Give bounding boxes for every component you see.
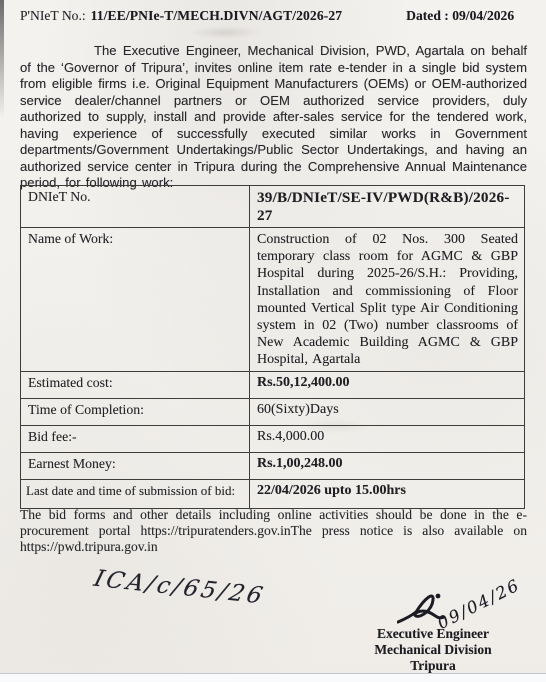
row-label: Name of Work: [21,228,250,372]
table-row-earnest-money: Earnest Money: Rs.1,00,248.00 [21,452,525,479]
signatory-designation: Executive Engineer Mechanical Division T… [363,626,503,675]
pniet-no-value: 11/EE/PNIe-T/MECH.DIVN/AGT/2026-27 [91,8,343,24]
pniet-no-label: P'NIeT No.: [20,8,86,24]
row-value: 22/04/2026 upto 15.00hrs [250,479,525,508]
row-value: 39/B/DNIeT/SE-IV/PWD(R&B)/2026-27 [250,186,525,228]
signature-block: 09/04/26 Executive Engineer Mechanical D… [355,582,535,674]
row-value: Construction of 02 Nos. 300 Seated tempo… [250,228,525,372]
footer-paragraph: The bid forms and other details includin… [20,507,527,555]
scan-smudge [188,26,262,39]
row-value: 60(Sixty)Days [250,398,525,425]
intro-paragraph: The Executive Engineer, Mechanical Divis… [20,43,527,192]
table-row-dniet-no: DNIeT No. 39/B/DNIeT/SE-IV/PWD(R&B)/2026… [21,186,525,228]
table-row-bid-fee: Bid fee:- Rs.4,000.00 [21,425,525,452]
table-row-estimated-cost: Estimated cost: Rs.50,12,400.00 [21,371,525,398]
table-row-name-of-work: Name of Work: Construction of 02 Nos. 30… [21,228,525,372]
scan-edge-artifact [0,0,4,118]
row-value: Rs.1,00,248.00 [250,452,525,479]
table-row-last-date: Last date and time of submission of bid:… [21,479,525,508]
signatory-line: Executive Engineer [363,626,503,642]
header-reference-line: P'NIeT No.: 11/EE/PNIe-T/MECH.DIVN/AGT/2… [20,8,526,24]
row-label: DNIeT No. [21,186,250,228]
scan-edge-bottom-artifact [0,673,546,682]
handwritten-reference: ICA/c/65/26 [91,566,268,609]
signatory-line: Mechanical Division [363,642,503,658]
tender-details-table: DNIeT No. 39/B/DNIeT/SE-IV/PWD(R&B)/2026… [20,185,525,509]
row-value: Rs.4,000.00 [250,425,525,452]
dated-value: Dated : 09/04/2026 [406,8,514,24]
table-row-time-of-completion: Time of Completion: 60(Sixty)Days [21,398,525,425]
row-label: Earnest Money: [21,452,250,479]
tender-notice-page: P'NIeT No.: 11/EE/PNIe-T/MECH.DIVN/AGT/2… [0,0,546,682]
row-value: Rs.50,12,400.00 [250,371,525,398]
row-label: Last date and time of submission of bid: [21,479,250,508]
row-label: Time of Completion: [21,398,250,425]
row-label: Estimated cost: [21,371,250,398]
row-label: Bid fee:- [21,425,250,452]
